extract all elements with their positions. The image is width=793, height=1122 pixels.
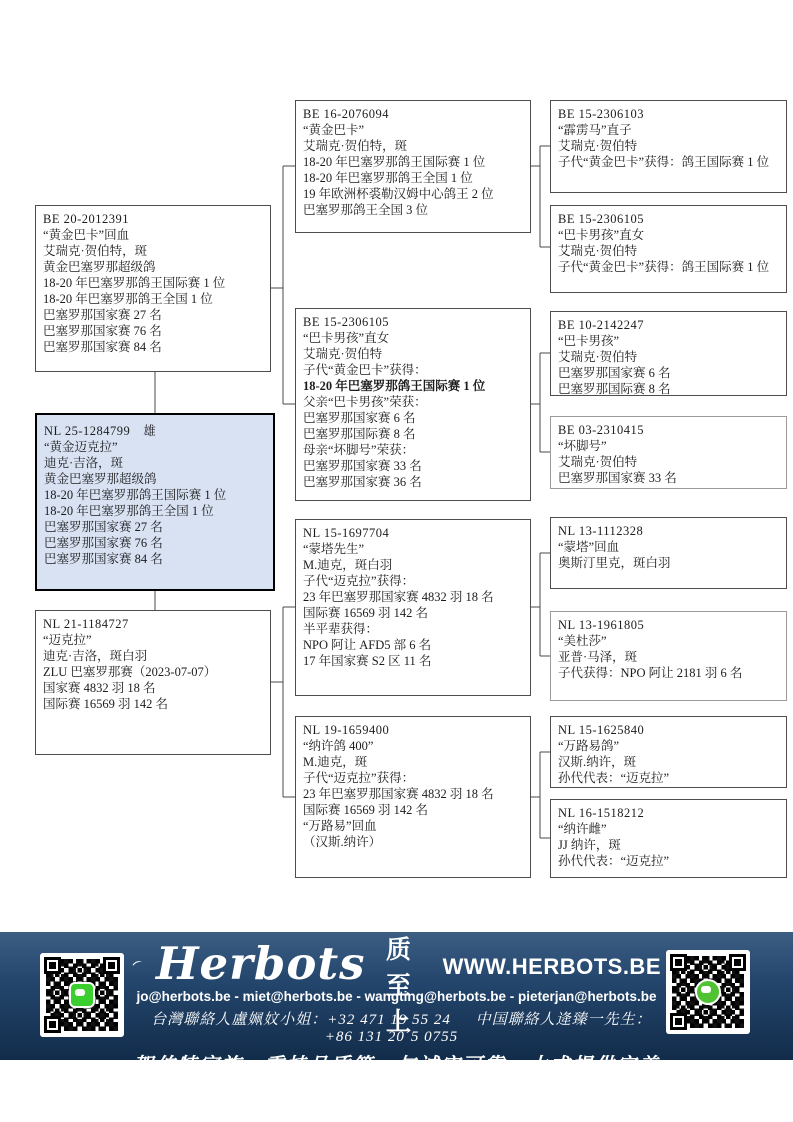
pedigree-text-line: 孙代代表：“迈克拉”	[558, 770, 779, 786]
pedigree-text-line: 艾瑞克·贺伯特	[558, 138, 779, 154]
ring-number: BE 20-2012391	[43, 211, 263, 227]
pedigree-text-line: M.迪克，斑	[303, 754, 523, 770]
pedigree-text-line: NPO 阿让 AFD5 部 6 名	[303, 637, 523, 653]
pedigree-text-line: 18-20 年巴塞罗那鸽王国际赛 1 位	[303, 154, 523, 170]
ring-number: NL 15-1697704	[303, 525, 523, 541]
qr-finder-icon	[44, 957, 61, 974]
pedigree-text-line: “坏脚号”	[558, 438, 779, 454]
pedigree-text-line: 巴塞罗那国家赛 76 名	[44, 535, 266, 551]
pedigree-text-line: “巴卡男孩”直女	[558, 227, 779, 243]
pedigree-text-line: 17 年国家赛 S2 区 11 名	[303, 653, 523, 669]
pedigree-text-line: 23 年巴塞罗那国家赛 4832 羽 18 名	[303, 589, 523, 605]
pedigree-text-line: 23 年巴塞罗那国家赛 4832 羽 18 名	[303, 786, 523, 802]
pedigree-box-granddam: NL 19-1659400“纳许鸽 400”M.迪克，斑子代“迈克拉”获得：23…	[295, 716, 531, 878]
qr-finder-icon	[670, 1013, 687, 1030]
pedigree-text-line: 艾瑞克·贺伯特	[303, 346, 523, 362]
pedigree-text-line: 巴塞罗那国家赛 84 名	[44, 551, 266, 567]
contact-taiwan: 台灣聯絡人盧姵妏小姐：+32 471 19 55 24	[151, 1012, 451, 1028]
pedigree-text-line: 巴塞罗那国家赛 33 名	[558, 470, 779, 486]
pedigree-text-line: 18-20 年巴塞罗那鸽王全国 1 位	[43, 291, 263, 307]
pedigree-page: BE 20-2012391“黄金巴卡”回血艾瑞克·贺伯特，斑黄金巴塞罗那超级鸽1…	[0, 0, 793, 1122]
pedigree-text-line: “万路易鸽”	[558, 738, 779, 754]
pedigree-text-line: “纳许雌”	[558, 821, 779, 837]
ring-number: NL 13-1112328	[558, 523, 779, 539]
pedigree-text-line: 子代“黄金巴卡”获得：鸽王国际赛 1 位	[558, 259, 779, 275]
pedigree-text-line: 18-20 年巴塞罗那鸽王全国 1 位	[303, 170, 523, 186]
pedigree-box-granddam: BE 15-2306105“巴卡男孩”直女艾瑞克·贺伯特子代“黄金巴卡”获得：1…	[295, 308, 531, 501]
ring-number: BE 16-2076094	[303, 106, 523, 122]
qr-finder-icon	[103, 957, 120, 974]
pedigree-text-line: “霹雳马”直子	[558, 122, 779, 138]
pedigree-text-line: 子代“迈克拉”获得：	[303, 573, 523, 589]
wechat-qr-code	[666, 950, 750, 1034]
brand-logo-text: Herbots	[156, 941, 365, 986]
pedigree-text-line: 父亲“巴卡男孩”荣获：	[303, 394, 523, 410]
pedigree-box-dam: NL 21-1184727“迈克拉”迪克·吉洛，斑白羽ZLU 巴塞罗那赛（202…	[35, 610, 271, 755]
pedigree-text-line: 艾瑞克·贺伯特，斑	[303, 138, 523, 154]
pedigree-box-great-grandparent: NL 13-1961805“美杜莎”亚普·马泽，斑子代获得：NPO 阿让 218…	[550, 611, 787, 701]
pedigree-text-line: “美杜莎”	[558, 633, 779, 649]
pedigree-text-line: 巴塞罗那国家赛 36 名	[303, 474, 523, 490]
pedigree-text-line: 亚普·马泽，斑	[558, 649, 779, 665]
ring-number: BE 10-2142247	[558, 317, 779, 333]
pedigree-text-line: “迈克拉”	[43, 632, 263, 648]
pedigree-box-great-grandparent: BE 15-2306103“霹雳马”直子艾瑞克·贺伯特子代“黄金巴卡”获得：鸽王…	[550, 100, 787, 193]
qr-finder-icon	[44, 1016, 61, 1033]
qr-finder-icon	[729, 954, 746, 971]
pedigree-box-great-grandparent: BE 15-2306105“巴卡男孩”直女艾瑞克·贺伯特子代“黄金巴卡”获得：鸽…	[550, 205, 787, 293]
pedigree-text-line: 巴塞罗那国家赛 27 名	[43, 307, 263, 323]
pedigree-text-line: 巴塞罗那国家赛 6 名	[558, 365, 779, 381]
pedigree-text-line: 18-20 年巴塞罗那鸽王国际赛 1 位	[43, 275, 263, 291]
ring-number: NL 16-1518212	[558, 805, 779, 821]
pedigree-text-line: 子代“黄金巴卡”获得：	[303, 362, 523, 378]
pedigree-text-line: “蒙塔”回血	[558, 539, 779, 555]
pedigree-text-line: 迪克·吉洛，斑	[44, 455, 266, 471]
pedigree-text-line: 巴塞罗那国家赛 27 名	[44, 519, 266, 535]
pedigree-text-line: 汉斯.纳许，斑	[558, 754, 779, 770]
ring-number: BE 15-2306105	[303, 314, 523, 330]
email-addresses: jo@herbots.be - miet@herbots.be - wangti…	[132, 989, 661, 1004]
pedigree-text-line: “蒙塔先生”	[303, 541, 523, 557]
ring-number: NL 25-1284799 雄	[44, 423, 266, 439]
pedigree-text-line: “黄金巴卡”回血	[43, 227, 263, 243]
pedigree-text-line: 子代“迈克拉”获得：	[303, 770, 523, 786]
pedigree-text-line: 黄金巴塞罗那超级鸽	[44, 471, 266, 487]
pedigree-text-line: M.迪克，斑白羽	[303, 557, 523, 573]
pedigree-text-line: 子代获得：NPO 阿让 2181 羽 6 名	[558, 665, 779, 681]
website-url: WWW.HERBOTS.BE	[443, 946, 661, 980]
pedigree-text-line: 巴塞罗那国际赛 8 名	[303, 426, 523, 442]
line-qr-code	[40, 953, 124, 1037]
pedigree-text-line: 艾瑞克·贺伯特，斑	[43, 243, 263, 259]
ring-number: NL 21-1184727	[43, 616, 263, 632]
pedigree-text-line: 国家赛 4832 羽 18 名	[43, 680, 263, 696]
pedigree-text-line: 18-20 年巴塞罗那鸽王国际赛 1 位	[303, 378, 523, 394]
ring-number: BE 15-2306105	[558, 211, 779, 227]
pedigree-text-line: 巴塞罗那国家赛 33 名	[303, 458, 523, 474]
pedigree-text-line: JJ 纳许，斑	[558, 837, 779, 853]
contact-line: 台灣聯絡人盧姵妏小姐：+32 471 19 55 24 中国聯絡人逄臻一先生：+…	[132, 1008, 661, 1046]
herbots-wing-icon	[132, 952, 142, 974]
pedigree-text-line: （汉斯.纳许）	[303, 834, 523, 850]
pedigree-text-line: 19 年欧洲杯裘勒汉姆中心鸽王 2 位	[303, 186, 523, 202]
line-app-icon	[69, 982, 95, 1008]
footer-slogan: 贺伯特家族...秉持品质第一与诚实可靠，力求提供完美的服务！	[132, 1049, 661, 1107]
pedigree-box-great-grandparent: BE 10-2142247“巴卡男孩”艾瑞克·贺伯特巴塞罗那国家赛 6 名巴塞罗…	[550, 311, 787, 396]
ring-number: BE 15-2306103	[558, 106, 779, 122]
pedigree-text-line: “万路易”回血	[303, 818, 523, 834]
footer-banner: Herbots 品 质 至 上 WWW.HERBOTS.BE jo@herbot…	[0, 932, 793, 1060]
pedigree-box-great-grandparent: NL 16-1518212“纳许雌”JJ 纳许，斑孙代代表：“迈克拉”	[550, 799, 787, 878]
qr-finder-icon	[670, 954, 687, 971]
pedigree-text-line: “巴卡男孩”	[558, 333, 779, 349]
pedigree-text-line: 巴塞罗那国家赛 6 名	[303, 410, 523, 426]
pedigree-text-line: 艾瑞克·贺伯特	[558, 243, 779, 259]
pedigree-text-line: 巴塞罗那国家赛 84 名	[43, 339, 263, 355]
pedigree-text-line: 巴塞罗那国家赛 76 名	[43, 323, 263, 339]
ring-number: NL 19-1659400	[303, 722, 523, 738]
pedigree-text-line: “黄金迈克拉”	[44, 439, 266, 455]
pedigree-text-line: 黄金巴塞罗那超级鸽	[43, 259, 263, 275]
pedigree-text-line: 母亲“坏脚号”荣获：	[303, 442, 523, 458]
pedigree-box-great-grandparent: NL 15-1625840“万路易鸽”汉斯.纳许，斑孙代代表：“迈克拉”	[550, 716, 787, 788]
pedigree-text-line: “纳许鸽 400”	[303, 738, 523, 754]
pedigree-text-line: 巴塞罗那国际赛 8 名	[558, 381, 779, 396]
wechat-app-icon	[695, 979, 721, 1005]
brand-row: Herbots 品 质 至 上 WWW.HERBOTS.BE	[132, 938, 661, 988]
pedigree-text-line: 国际赛 16569 羽 142 名	[303, 605, 523, 621]
pedigree-box-grandsire: BE 16-2076094“黄金巴卡”艾瑞克·贺伯特，斑18-20 年巴塞罗那鸽…	[295, 100, 531, 233]
pedigree-text-line: “黄金巴卡”	[303, 122, 523, 138]
pedigree-text-line: “巴卡男孩”直女	[303, 330, 523, 346]
pedigree-text-line: ZLU 巴塞罗那赛（2023-07-07）	[43, 664, 263, 680]
ring-number: BE 03-2310415	[558, 422, 779, 438]
pedigree-box-sire: BE 20-2012391“黄金巴卡”回血艾瑞克·贺伯特，斑黄金巴塞罗那超级鸽1…	[35, 205, 271, 372]
pedigree-box-great-grandparent: BE 03-2310415“坏脚号”艾瑞克·贺伯特巴塞罗那国家赛 33 名	[550, 416, 787, 489]
pedigree-text-line: 奥斯汀里克，斑白羽	[558, 555, 779, 571]
footer-content: Herbots 品 质 至 上 WWW.HERBOTS.BE jo@herbot…	[132, 938, 661, 1107]
pedigree-text-line: 18-20 年巴塞罗那鸽王国际赛 1 位	[44, 487, 266, 503]
pedigree-text-line: 半平辈获得：	[303, 621, 523, 637]
pedigree-text-line: 国际赛 16569 羽 142 名	[303, 802, 523, 818]
pedigree-text-line: 国际赛 16569 羽 142 名	[43, 696, 263, 712]
pedigree-text-line: 迪克·吉洛，斑白羽	[43, 648, 263, 664]
pedigree-text-line: 孙代代表：“迈克拉”	[558, 853, 779, 869]
pedigree-box-great-grandparent: NL 13-1112328“蒙塔”回血奥斯汀里克，斑白羽	[550, 517, 787, 589]
ring-number: NL 15-1625840	[558, 722, 779, 738]
ring-number: NL 13-1961805	[558, 617, 779, 633]
pedigree-text-line: 艾瑞克·贺伯特	[558, 454, 779, 470]
pedigree-text-line: 巴塞罗那鸽王全国 3 位	[303, 202, 523, 218]
pedigree-text-line: 子代“黄金巴卡”获得：鸽王国际赛 1 位	[558, 154, 779, 170]
pedigree-box-subject: NL 25-1284799 雄“黄金迈克拉”迪克·吉洛，斑黄金巴塞罗那超级鸽18…	[35, 413, 275, 591]
pedigree-text-line: 18-20 年巴塞罗那鸽王全国 1 位	[44, 503, 266, 519]
pedigree-text-line: 艾瑞克·贺伯特	[558, 349, 779, 365]
pedigree-box-grandsire: NL 15-1697704“蒙塔先生”M.迪克，斑白羽子代“迈克拉”获得：23 …	[295, 519, 531, 696]
